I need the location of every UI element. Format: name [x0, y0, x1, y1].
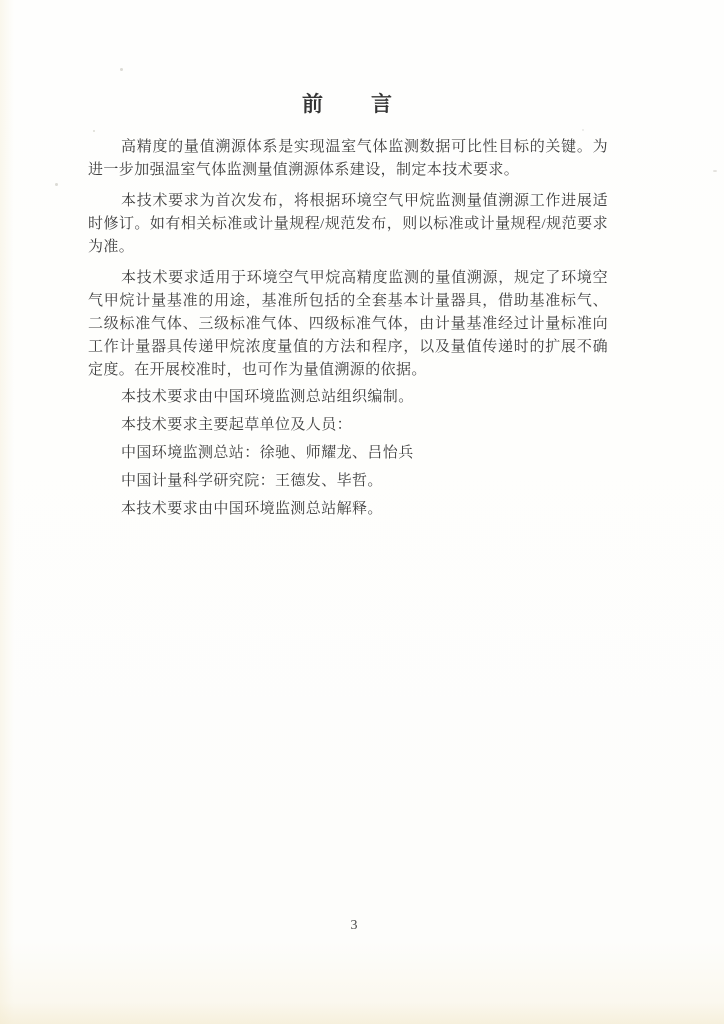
paragraph-drafters-cnemc: 中国环境监测总站：徐驰、师耀龙、吕怡兵 [88, 442, 608, 465]
page-number: 3 [340, 918, 368, 934]
scan-edge-tint-left [0, 0, 14, 1024]
scan-speck [55, 183, 58, 186]
paragraph-interpreted-by: 本技术要求由中国环境监测总站解释。 [88, 498, 608, 521]
paragraph-revision: 本技术要求为首次发布，将根据环境空气甲烷监测量值溯源工作进展适时修订。如有相关标… [88, 190, 608, 259]
scan-speck [120, 68, 123, 71]
document-body: 前 言 高精度的量值溯源体系是实现温室气体监测数据可比性目标的关键。为进一步加强… [88, 90, 608, 526]
paragraph-drafters-nim: 中国计量科学研究院：王德发、毕哲。 [88, 470, 608, 493]
paragraph-compiled-by: 本技术要求由中国环境监测总站组织编制。 [88, 386, 608, 409]
scan-speck [713, 170, 717, 172]
paragraph-scope: 本技术要求适用于环境空气甲烷高精度监测的量值溯源，规定了环境空气甲烷计量基准的用… [88, 267, 608, 382]
paragraph-intro: 高精度的量值溯源体系是实现温室气体监测数据可比性目标的关键。为进一步加强温室气体… [88, 136, 608, 182]
page-title: 前 言 [88, 90, 608, 118]
scanned-document-page: 前 言 高精度的量值溯源体系是实现温室气体监测数据可比性目标的关键。为进一步加强… [0, 0, 724, 1024]
paragraph-drafting-units-label: 本技术要求主要起草单位及人员： [88, 414, 608, 437]
scan-edge-tint-bottom [0, 1002, 724, 1024]
